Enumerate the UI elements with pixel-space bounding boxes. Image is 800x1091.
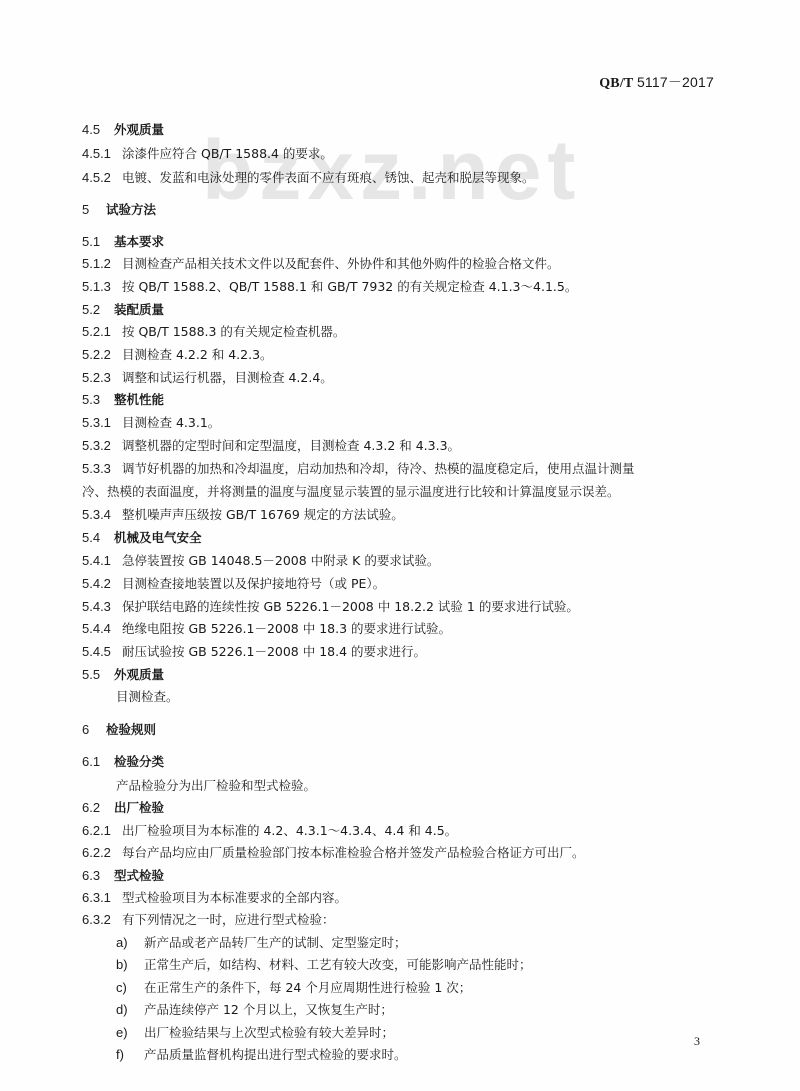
clause-content: 试验方法 [106,202,156,217]
clause-number: 4.5.2 [82,169,112,187]
clause-number: 5.4.4 [82,620,112,638]
list-item: a)新产品或老产品转厂生产的试制、定型鉴定时； [116,934,407,953]
clause-text: 5.1.2目测检查产品相关技术文件以及配套件、外协件和其他外购件的检验合格文件。 [82,255,560,274]
clause-text: 5.2.2目测检查 4.2.2 和 4.2.3。 [82,346,273,365]
clause-text: 4.5.2电镀、发蓝和电泳处理的零件表面不应有斑痕、锈蚀、起壳和脱层等现象。 [82,169,535,188]
clause-content: 目测检查接地装置以及保护接地符号（或 PE）。 [122,576,385,591]
clause-text: 冷、热模的表面温度，并将测量的温度与温度显示装置的显示温度进行比较和计算温度显示… [82,483,620,502]
clause-content: 涂漆件应符合 QB/T 1588.4 的要求。 [122,146,333,161]
clause-number: 5.2.3 [82,369,112,387]
list-item-label: b) [116,956,140,974]
standard-number: 5117－2017 [637,74,714,90]
clause-content: 外观质量 [114,667,164,682]
clause-content: 调整机器的定型时间和定型温度，目测检查 4.3.2 和 4.3.3。 [122,438,460,453]
clause-text: 产品检验分为出厂检验和型式检验。 [116,777,316,796]
section-heading: 5.2装配质量 [82,301,164,320]
list-item-label: a) [116,934,140,952]
clause-content: 急停装置按 GB 14048.5－2008 中附录 K 的要求试验。 [122,553,439,568]
clause-content: 目测检查 4.3.1。 [122,415,220,430]
clause-text: 6.2.2每台产品均应由厂质量检验部门按本标准检验合格并签发产品检验合格证方可出… [82,844,585,863]
clause-content: 冷、热模的表面温度，并将测量的温度与温度显示装置的显示温度进行比较和计算温度显示… [82,484,620,499]
clause-content: 检验分类 [114,754,164,769]
clause-content: 目测检查产品相关技术文件以及配套件、外协件和其他外购件的检验合格文件。 [122,256,560,271]
standard-code-header: QB/T 5117－2017 [599,72,714,92]
clause-number: 5.5 [82,666,104,684]
list-item: f)产品质量监督机构提出进行型式检验的要求时。 [116,1046,407,1065]
list-item-label: f) [116,1046,140,1064]
section-heading: 4.5外观质量 [82,121,164,140]
clause-text: 5.4.2目测检查接地装置以及保护接地符号（或 PE）。 [82,575,385,594]
section-heading: 6.2出厂检验 [82,799,164,818]
clause-text: 5.4.5耐压试验按 GB 5226.1－2008 中 18.4 的要求进行。 [82,643,426,662]
clause-text: 5.4.3保护联结电路的连续性按 GB 5226.1－2008 中 18.2.2… [82,598,579,617]
section-heading: 5.1基本要求 [82,233,164,252]
section-heading: 5.3整机性能 [82,391,164,410]
clause-content: 整机噪声声压级按 GB/T 16769 规定的方法试验。 [122,507,404,522]
clause-number: 5.4.2 [82,575,112,593]
clause-number: 5.4.5 [82,643,112,661]
clause-content: 每台产品均应由厂质量检验部门按本标准检验合格并签发产品检验合格证方可出厂。 [122,845,585,860]
clause-number: 5.4.3 [82,598,112,616]
section-heading: 5试验方法 [82,201,156,220]
clause-text: 5.4.4绝缘电阻按 GB 5226.1－2008 中 18.3 的要求进行试验… [82,620,451,639]
clause-content: 机械及电气安全 [114,530,202,545]
page-number: 3 [694,1034,700,1049]
clause-text: 6.3.2有下列情况之一时，应进行型式检验： [82,911,335,930]
clause-content: 型式检验项目为本标准要求的全部内容。 [122,890,347,905]
list-item-text: 产品质量监督机构提出进行型式检验的要求时。 [144,1047,407,1062]
clause-content: 按 QB/T 1588.3 的有关规定检查机器。 [122,324,345,339]
list-item-label: e) [116,1024,140,1042]
clause-content: 目测检查。 [116,689,179,704]
list-item-label: d) [116,1001,140,1019]
clause-text: 目测检查。 [116,688,179,707]
clause-number: 6.2.1 [82,822,112,840]
clause-content: 装配质量 [114,302,164,317]
clause-number: 5.1.3 [82,278,112,296]
clause-text: 5.3.2调整机器的定型时间和定型温度，目测检查 4.3.2 和 4.3.3。 [82,437,460,456]
section-heading: 6检验规则 [82,721,156,740]
clause-content: 调整和试运行机器，目测检查 4.2.4。 [122,370,333,385]
standard-prefix: QB/T [599,76,633,91]
list-item-label: c) [116,979,140,997]
clause-text: 5.4.1急停装置按 GB 14048.5－2008 中附录 K 的要求试验。 [82,552,439,571]
clause-number: 6.3.1 [82,889,112,907]
clause-content: 按 QB/T 1588.2、QB/T 1588.1 和 GB/T 7932 的有… [122,279,577,294]
clause-number: 5.4 [82,529,104,547]
section-heading: 6.3型式检验 [82,867,164,886]
clause-content: 保护联结电路的连续性按 GB 5226.1－2008 中 18.2.2 试验 1… [122,599,579,614]
clause-number: 6.3 [82,867,104,885]
clause-text: 5.1.3按 QB/T 1588.2、QB/T 1588.1 和 GB/T 79… [82,278,577,297]
clause-number: 5.3.3 [82,460,112,478]
list-item-text: 产品连续停产 12 个月以上，又恢复生产时； [144,1002,393,1017]
clause-text: 5.2.3调整和试运行机器，目测检查 4.2.4。 [82,369,333,388]
clause-content: 检验规则 [106,722,156,737]
clause-number: 4.5 [82,121,104,139]
clause-number: 6.1 [82,753,104,771]
clause-content: 电镀、发蓝和电泳处理的零件表面不应有斑痕、锈蚀、起壳和脱层等现象。 [122,170,535,185]
clause-text: 4.5.1涂漆件应符合 QB/T 1588.4 的要求。 [82,145,333,164]
list-item: c)在正常生产的条件下，每 24 个月应周期性进行检验 1 次； [116,979,471,998]
clause-content: 耐压试验按 GB 5226.1－2008 中 18.4 的要求进行。 [122,644,426,659]
clause-text: 5.3.1目测检查 4.3.1。 [82,414,220,433]
clause-number: 5.3.1 [82,414,112,432]
list-item: e)出厂检验结果与上次型式检验有较大差异时； [116,1024,394,1043]
clause-content: 目测检查 4.2.2 和 4.2.3。 [122,347,273,362]
clause-number: 5.1 [82,233,104,251]
list-item-text: 在正常生产的条件下，每 24 个月应周期性进行检验 1 次； [144,980,471,995]
list-item-text: 出厂检验结果与上次型式检验有较大差异时； [144,1025,394,1040]
clause-number: 5.1.2 [82,255,112,273]
clause-number: 5.2.1 [82,323,112,341]
document-page: bzxz.net QB/T 5117－2017 4.5外观质量4.5.1涂漆件应… [0,0,800,1091]
clause-content: 出厂检验 [114,800,164,815]
clause-number: 5.2 [82,301,104,319]
clause-number: 5.3.4 [82,506,112,524]
clause-content: 调节好机器的加热和冷却温度，启动加热和冷却，待冷、热模的温度稳定后，使用点温计测… [122,461,635,476]
clause-content: 外观质量 [114,122,164,137]
clause-number: 4.5.1 [82,145,112,163]
clause-text: 6.3.1型式检验项目为本标准要求的全部内容。 [82,889,347,908]
clause-content: 整机性能 [114,392,164,407]
clause-text: 5.2.1按 QB/T 1588.3 的有关规定检查机器。 [82,323,345,342]
clause-content: 绝缘电阻按 GB 5226.1－2008 中 18.3 的要求进行试验。 [122,621,451,636]
clause-number: 6.2.2 [82,844,112,862]
clause-number: 5.2.2 [82,346,112,364]
list-item: d)产品连续停产 12 个月以上，又恢复生产时； [116,1001,393,1020]
list-item-text: 正常生产后，如结构、材料、工艺有较大改变，可能影响产品性能时； [144,957,532,972]
clause-text: 5.3.4整机噪声声压级按 GB/T 16769 规定的方法试验。 [82,506,404,525]
section-heading: 5.4机械及电气安全 [82,529,202,548]
section-heading: 6.1检验分类 [82,753,164,772]
clause-number: 5 [82,201,94,219]
clause-number: 6.2 [82,799,104,817]
clause-number: 5.3.2 [82,437,112,455]
clause-text: 5.3.3调节好机器的加热和冷却温度，启动加热和冷却，待冷、热模的温度稳定后，使… [82,460,635,479]
list-item-text: 新产品或老产品转厂生产的试制、定型鉴定时； [144,935,407,950]
clause-number: 6.3.2 [82,911,112,929]
clause-number: 6 [82,721,94,739]
clause-content: 基本要求 [114,234,164,249]
clause-content: 产品检验分为出厂检验和型式检验。 [116,778,316,793]
list-item: b)正常生产后，如结构、材料、工艺有较大改变，可能影响产品性能时； [116,956,532,975]
clause-text: 6.2.1出厂检验项目为本标准的 4.2、4.3.1～4.3.4、4.4 和 4… [82,822,457,841]
section-heading: 5.5外观质量 [82,666,164,685]
clause-content: 出厂检验项目为本标准的 4.2、4.3.1～4.3.4、4.4 和 4.5。 [122,823,457,838]
clause-content: 型式检验 [114,868,164,883]
clause-number: 5.4.1 [82,552,112,570]
clause-number: 5.3 [82,391,104,409]
clause-content: 有下列情况之一时，应进行型式检验： [122,912,335,927]
